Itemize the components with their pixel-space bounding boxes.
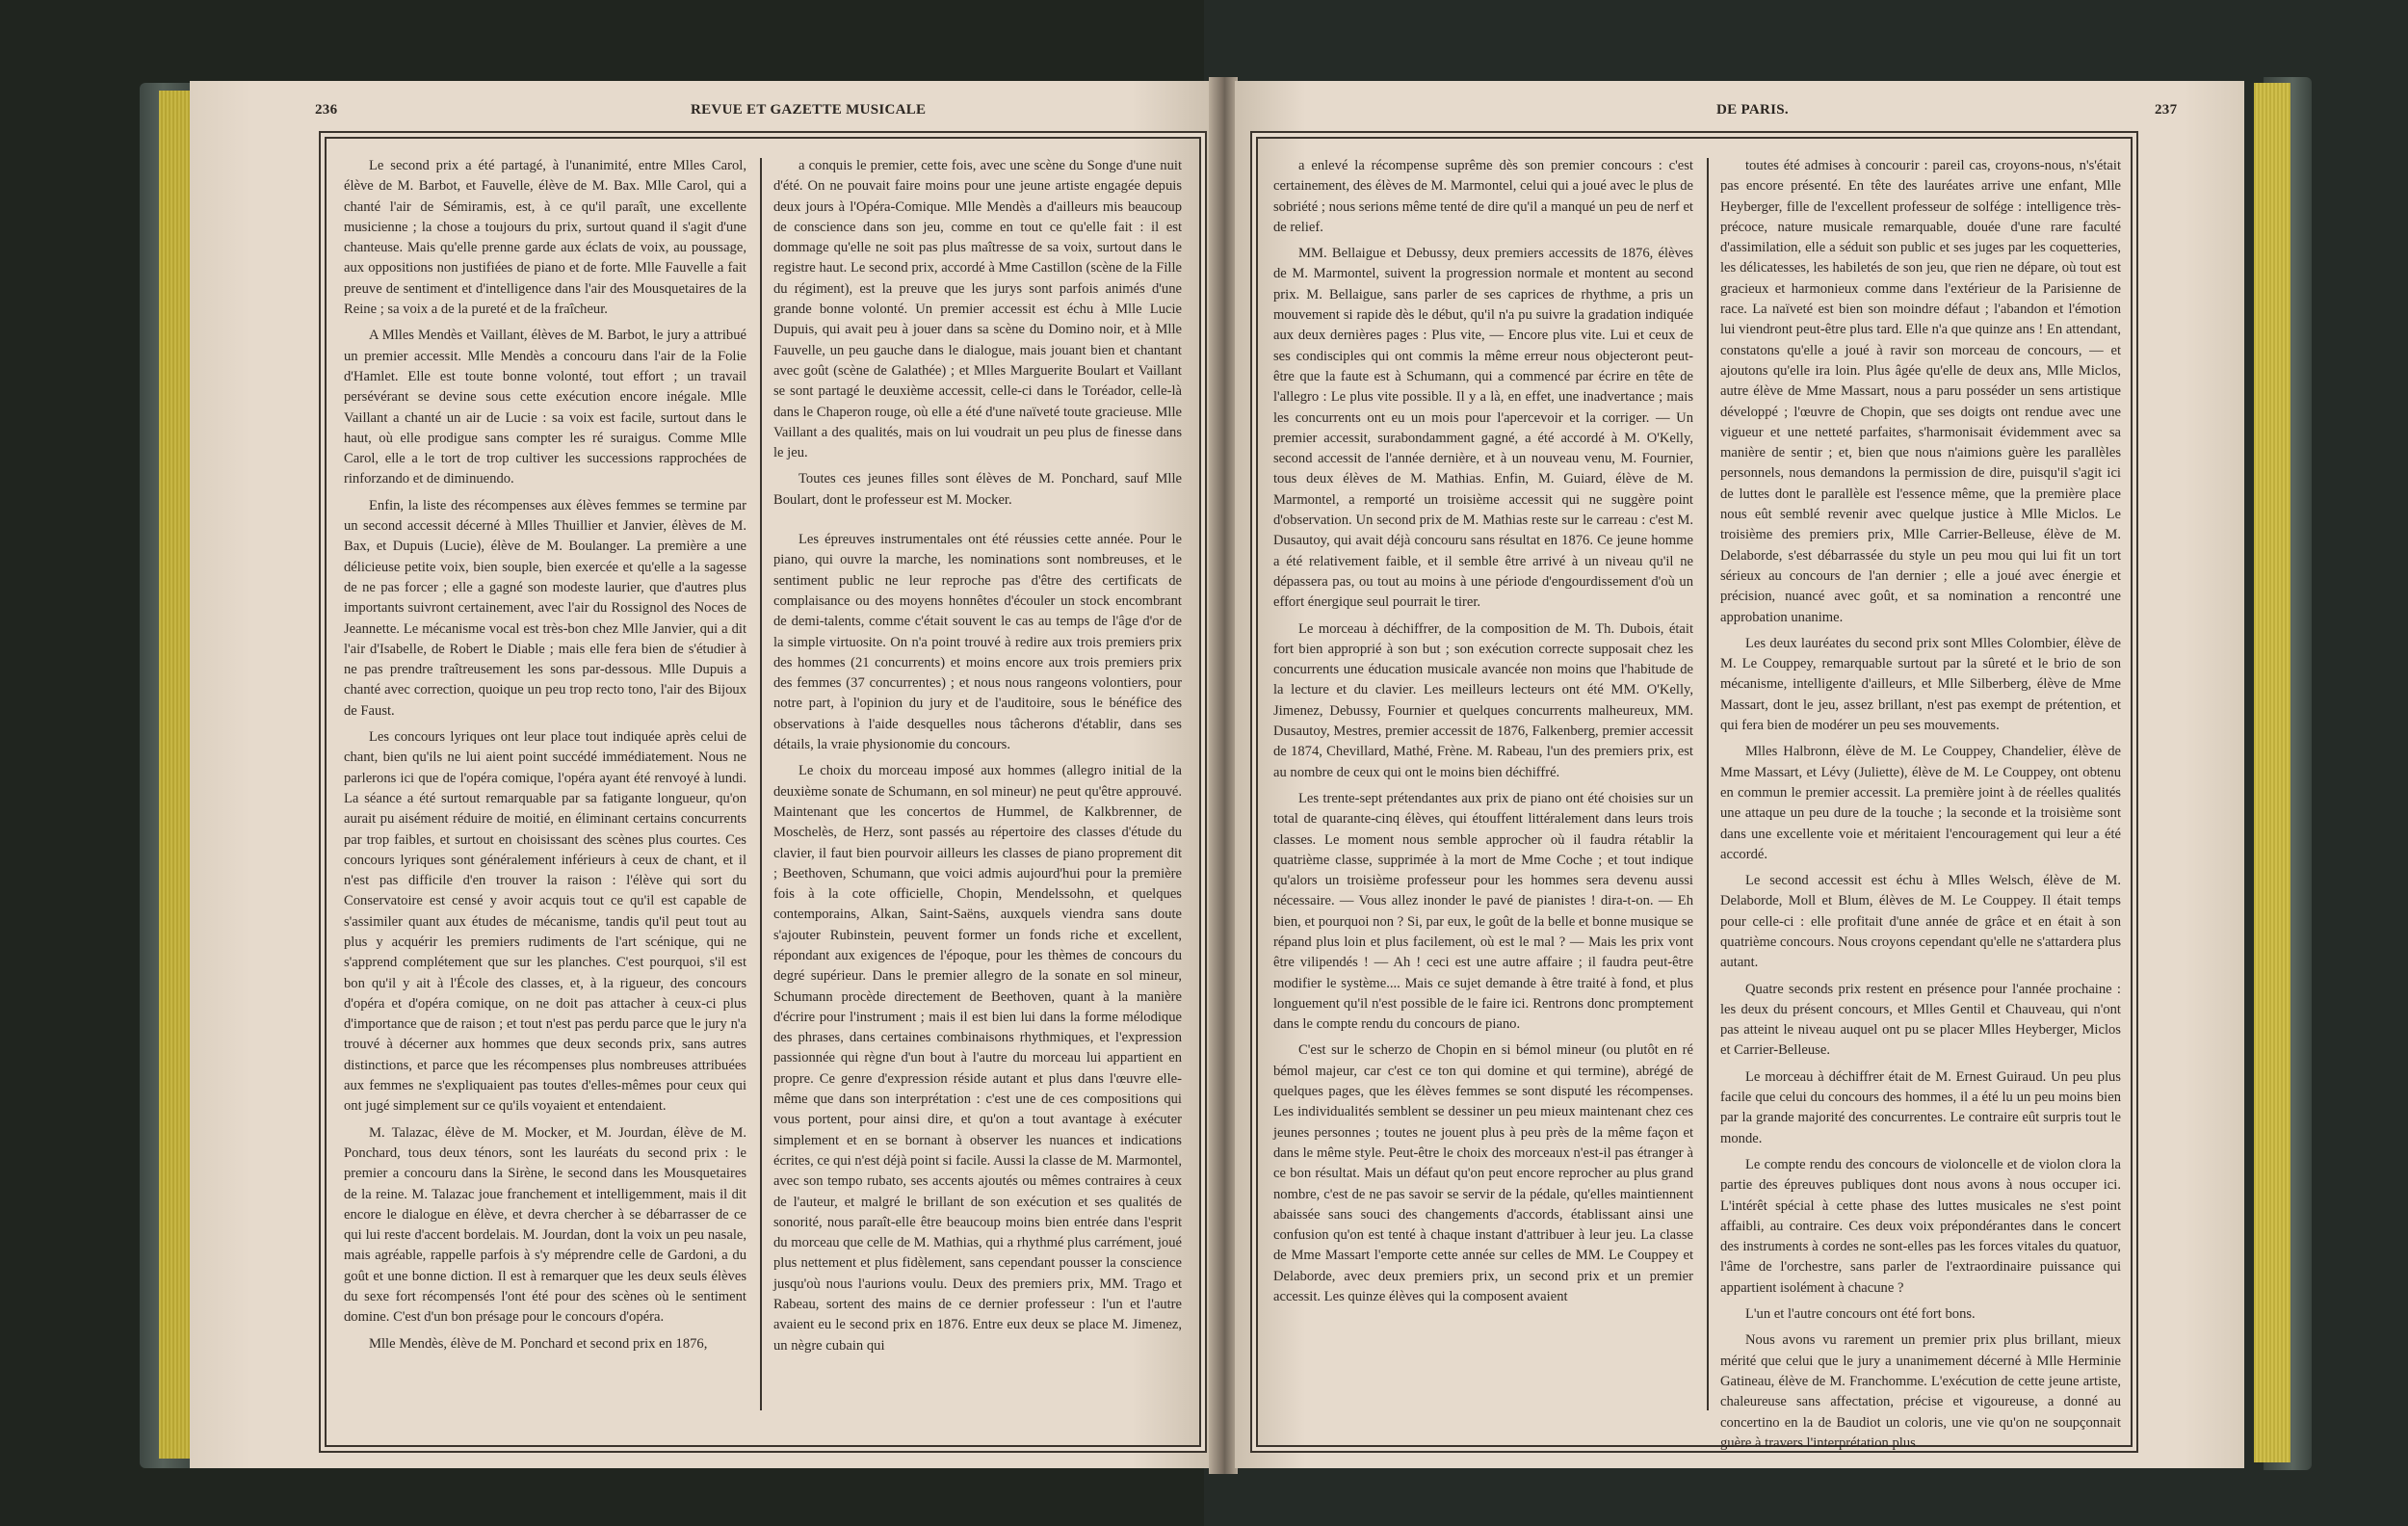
column-rule-right	[1707, 158, 1709, 1410]
paragraph: Les concours lyriques ont leur place tou…	[344, 727, 746, 1118]
paragraph: Les trente-sept prétendantes aux prix de…	[1273, 789, 1693, 1036]
paragraph: Le second accessit est échu à Mlles Wels…	[1720, 871, 2121, 973]
paragraph: A Mlles Mendès et Vaillant, élèves de M.…	[344, 326, 746, 489]
left-page: 236 REVUE ET GAZETTE MUSICALE Le second …	[190, 81, 1214, 1468]
column-right-2: toutes été admises à concourir : pareil …	[1720, 156, 2121, 1460]
paragraph: Le choix du morceau imposé aux hommes (a…	[773, 761, 1182, 1356]
paragraph: Les épreuves instrumentales ont été réus…	[773, 530, 1182, 755]
paragraph: Quatre seconds prix restent en présence …	[1720, 980, 2121, 1062]
paragraph: M. Talazac, élève de M. Mocker, et M. Jo…	[344, 1123, 746, 1329]
paragraph: Le morceau à déchiffrer, de la compositi…	[1273, 619, 1693, 783]
paragraph: Nous avons vu rarement un premier prix p…	[1720, 1330, 2121, 1454]
running-head-right: DE PARIS.	[1716, 102, 1789, 118]
paragraph: Le second prix a été partagé, à l'unanim…	[344, 156, 746, 320]
paragraph: Mlle Mendès, élève de M. Ponchard et sec…	[344, 1334, 746, 1355]
column-right-1: a enlevé la récompense suprême dès son p…	[1273, 156, 1693, 1313]
paragraph: Mlles Halbronn, élève de M. Le Couppey, …	[1720, 742, 2121, 865]
paragraph: Le compte rendu des concours de violonce…	[1720, 1155, 2121, 1299]
paragraph: Toutes ces jeunes filles sont élèves de …	[773, 469, 1182, 511]
open-book: 236 REVUE ET GAZETTE MUSICALE Le second …	[140, 77, 2312, 1474]
running-head-left: REVUE ET GAZETTE MUSICALE	[691, 102, 926, 118]
page-number-left: 236	[315, 102, 337, 118]
right-page: DE PARIS. 237 a enlevé la récompense sup…	[1235, 81, 2244, 1468]
paragraph: toutes été admises à concourir : pareil …	[1720, 156, 2121, 628]
paragraph: Enfin, la liste des récompenses aux élèv…	[344, 496, 746, 722]
section-spacer	[773, 516, 1182, 530]
paragraph: MM. Bellaigue et Debussy, deux premiers …	[1273, 244, 1693, 613]
paragraph: a conquis le premier, cette fois, avec u…	[773, 156, 1182, 463]
page-edges-right	[2254, 83, 2290, 1462]
page-number-right: 237	[2155, 102, 2177, 118]
column-rule-left	[760, 158, 762, 1410]
paragraph: Le morceau à déchiffrer était de M. Erne…	[1720, 1067, 2121, 1149]
book-gutter	[1209, 77, 1238, 1474]
paragraph: L'un et l'autre concours ont été fort bo…	[1720, 1304, 2121, 1325]
paragraph: Les deux lauréates du second prix sont M…	[1720, 634, 2121, 736]
paragraph: a enlevé la récompense suprême dès son p…	[1273, 156, 1693, 238]
paragraph: C'est sur le scherzo de Chopin en si bém…	[1273, 1040, 1693, 1307]
column-left-1: Le second prix a été partagé, à l'unanim…	[344, 156, 746, 1360]
column-left-2: a conquis le premier, cette fois, avec u…	[773, 156, 1182, 1362]
